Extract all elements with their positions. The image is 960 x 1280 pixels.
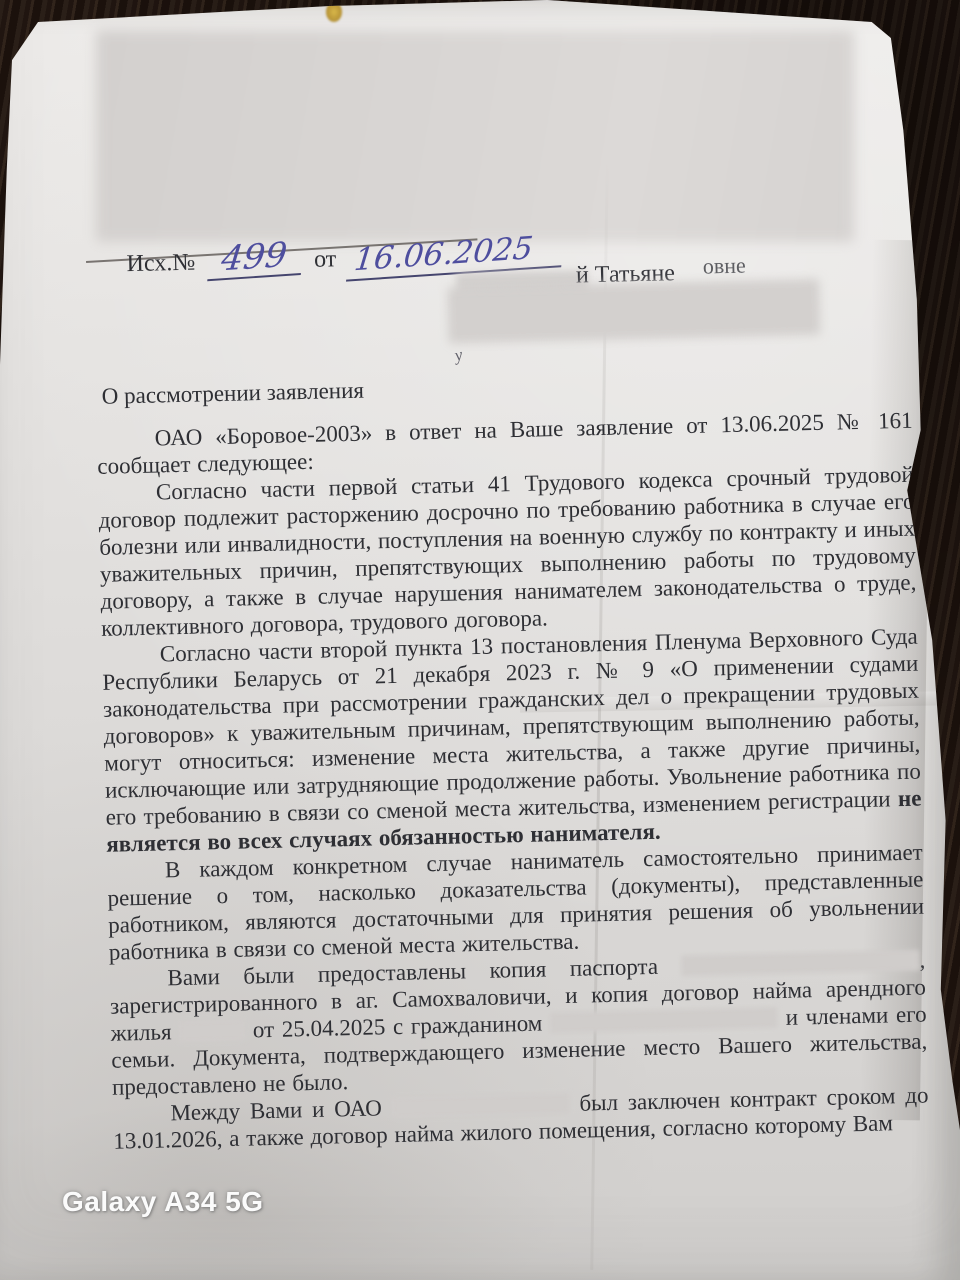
redaction-blur (179, 1020, 245, 1043)
paper-stain (326, 2, 342, 22)
paragraph: Согласно части второй пункта 13 постанов… (102, 623, 923, 858)
letter-content: Исх.№499от16.06.2025 овне й Татьяне у О … (90, 219, 938, 1268)
paragraph-text: Между Вами и ОАО (170, 1095, 392, 1125)
ref-from-word: от (314, 246, 337, 273)
addressee-patronymic-fragment: овне (703, 253, 747, 280)
addressee-block: овне й Татьяне у (431, 247, 914, 390)
redaction-blur (681, 950, 919, 977)
redaction-blur (550, 1007, 778, 1033)
camera-watermark: Galaxy A34 5G (62, 1186, 264, 1218)
ref-number-handwritten: 499 (207, 237, 305, 281)
subject-line: О рассмотрении заявления (101, 378, 364, 410)
paragraph-text: В каждом конкретном случае наниматель са… (107, 840, 924, 965)
redaction-blur (391, 1093, 569, 1118)
document-paper: Исх.№499от16.06.2025 овне й Татьяне у О … (0, 0, 960, 1280)
paragraph-text: Согласно части первой статьи 41 Трудовог… (98, 462, 916, 641)
paragraph-text: Согласно части второй пункта 13 постанов… (102, 624, 921, 830)
paragraph: В каждом конкретном случае наниматель са… (107, 839, 925, 966)
photo-background: Исх.№499от16.06.2025 овне й Татьяне у О … (0, 0, 960, 1280)
paragraph: Вами были предоставлены копия паспорта ,… (109, 947, 928, 1101)
ref-label: Исх.№ (126, 250, 195, 278)
letter-body: ОАО «Боровое-2003» в ответ на Ваше заявл… (96, 407, 929, 1155)
letterhead-redaction-blur (96, 30, 854, 242)
addressee-redaction-blur-2 (447, 279, 820, 344)
paragraph: Согласно части первой статьи 41 Трудовог… (98, 461, 918, 642)
pen-mark: у (453, 345, 465, 366)
